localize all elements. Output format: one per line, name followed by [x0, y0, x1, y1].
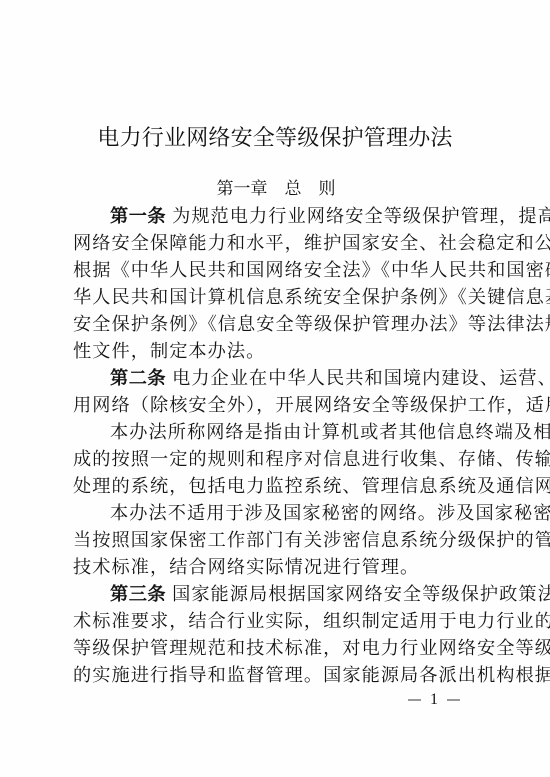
paragraph-line: 的实施进行指导和监督管理。国家能源局各派出机构根据国家能源 [73, 662, 483, 689]
page-number-dash-left [408, 699, 421, 701]
paragraph-line: 当按照国家保密工作部门有关涉密信息系统分级保护的管理规定和 [73, 527, 483, 554]
paragraph-line: 性文件，制定本办法。 [73, 338, 483, 365]
paragraph-line: 术标准要求，结合行业实际，组织制定适用于电力行业的网络安全 [73, 608, 483, 635]
paragraph-line: 第三条国家能源局根据国家网络安全等级保护政策法规和技 [73, 581, 483, 608]
page-number-dash-right [447, 699, 460, 701]
article-2-paragraph-2: 本办法所称网络是指由计算机或者其他信息终端及相关设备组 成的按照一定的规则和程序… [73, 419, 483, 500]
paragraph-line: 网络安全保障能力和水平，维护国家安全、社会稳定和公共利益， [73, 230, 483, 257]
paragraph-line: 处理的系统，包括电力监控系统、管理信息系统及通信网络设施。 [73, 473, 483, 500]
paragraph-line: 本办法所称网络是指由计算机或者其他信息终端及相关设备组 [73, 419, 483, 446]
article-label: 第三条 [110, 584, 166, 605]
paragraph-line: 安全保护条例》《信息安全等级保护管理办法》等法律法规和规范 [73, 311, 483, 338]
document-body: 第一条为规范电力行业网络安全等级保护管理，提高电力行业 网络安全保障能力和水平，… [73, 203, 483, 689]
article-label: 第一条 [110, 206, 166, 227]
paragraph-text: 国家能源局根据国家网络安全等级保护政策法规和技 [172, 584, 550, 605]
article-label: 第二条 [110, 368, 166, 389]
paragraph-line: 华人民共和国计算机信息系统安全保护条例》《关键信息基础设施 [73, 284, 483, 311]
chapter-heading: 第一章 总 则 [0, 176, 550, 202]
article-1: 第一条为规范电力行业网络安全等级保护管理，提高电力行业 网络安全保障能力和水平，… [73, 203, 483, 365]
paragraph-line: 第一条为规范电力行业网络安全等级保护管理，提高电力行业 [73, 203, 483, 230]
paragraph-text: 为规范电力行业网络安全等级保护管理，提高电力行业 [172, 206, 550, 227]
article-3: 第三条国家能源局根据国家网络安全等级保护政策法规和技 术标准要求，结合行业实际，… [73, 581, 483, 689]
page-number: 1 [408, 690, 460, 710]
paragraph-line: 本办法不适用于涉及国家秘密的网络。涉及国家秘密的网络应 [73, 500, 483, 527]
paragraph-line: 用网络（除核安全外），开展网络安全等级保护工作，适用本办法。 [73, 392, 483, 419]
paragraph-line: 根据《中华人民共和国网络安全法》《中华人民共和国密码法》《中 [73, 257, 483, 284]
paragraph-line: 等级保护管理规范和技术标准，对电力行业网络安全等级保护工作 [73, 635, 483, 662]
paragraph-line: 第二条电力企业在中华人民共和国境内建设、运营、维护、使 [73, 365, 483, 392]
article-2-paragraph-3: 本办法不适用于涉及国家秘密的网络。涉及国家秘密的网络应 当按照国家保密工作部门有… [73, 500, 483, 581]
paragraph-text: 电力企业在中华人民共和国境内建设、运营、维护、使 [172, 368, 550, 389]
page-number-value: 1 [430, 690, 438, 710]
paragraph-line: 技术标准，结合网络实际情况进行管理。 [73, 554, 483, 581]
article-2: 第二条电力企业在中华人民共和国境内建设、运营、维护、使 用网络（除核安全外），开… [73, 365, 483, 419]
document-title: 电力行业网络安全等级保护管理办法 [0, 124, 550, 154]
document-page: 电力行业网络安全等级保护管理办法 第一章 总 则 第一条为规范电力行业网络安全等… [0, 0, 550, 777]
paragraph-line: 成的按照一定的规则和程序对信息进行收集、存储、传输、交换、 [73, 446, 483, 473]
